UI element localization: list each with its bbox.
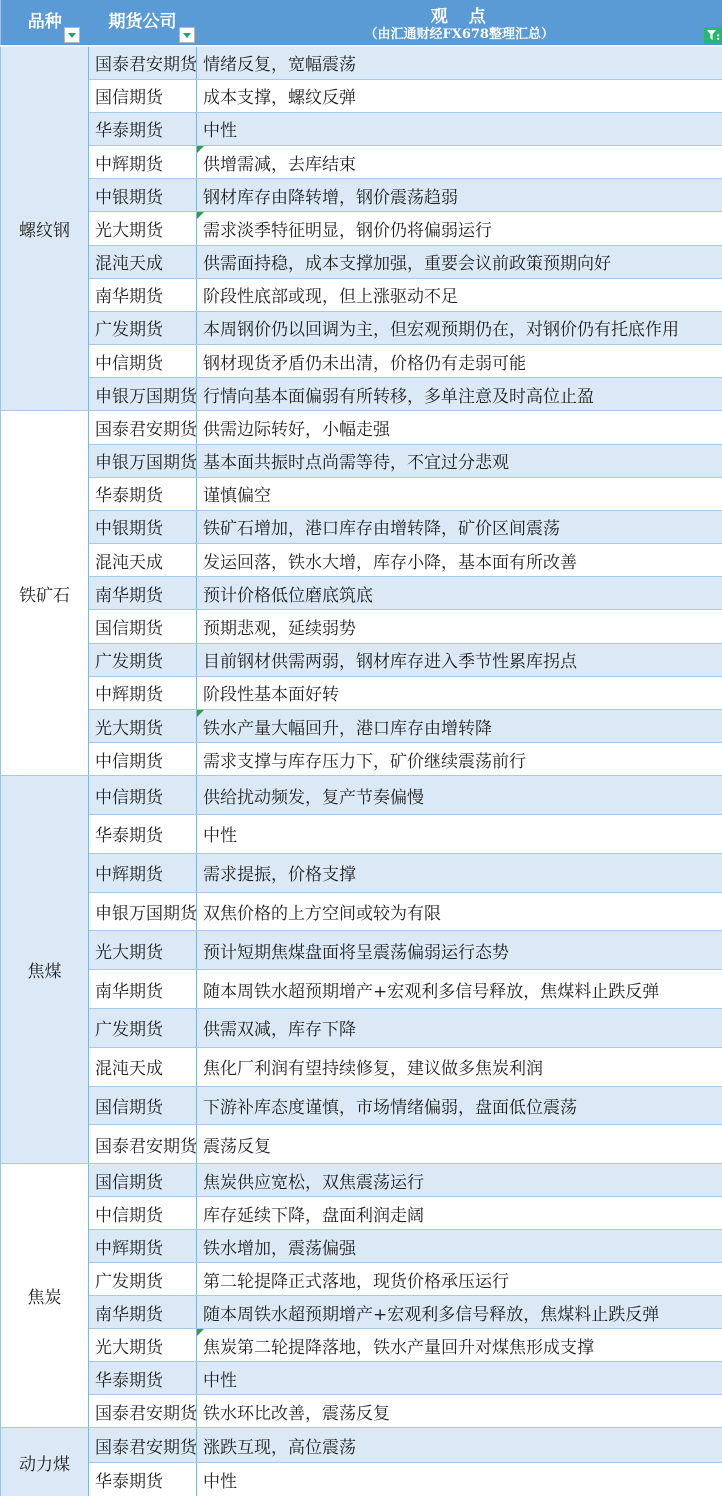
table-row: 混沌天成焦化厂利润有望持续修复，建议做多焦炭利润 [1, 1047, 722, 1086]
table-row: 中辉期货铁水增加，震荡偏强 [1, 1230, 722, 1263]
viewpoint-text: 基本面共振时点尚需等待，不宜过分悲观 [203, 453, 509, 473]
viewpoint-text: 需求淡季特征明显，钢价仍将偏弱运行 [203, 221, 492, 241]
viewpoint-cell: 中性 [197, 112, 722, 145]
company-cell: 国泰君安期货 [89, 411, 197, 444]
company-cell: 华泰期货 [89, 815, 197, 854]
viewpoint-cell: 本周钢价仍以回调为主，但宏观预期仍在，对钢价仍有托底作用 [197, 311, 722, 344]
company-cell: 中信期货 [89, 1197, 197, 1230]
company-cell: 申银万国期货 [89, 444, 197, 477]
comment-marker-icon [197, 212, 204, 219]
table-row: 申银万国期货行情向基本面偏弱有所转移，多单注意及时高位止盈 [1, 378, 722, 411]
company-cell: 中银期货 [89, 179, 197, 212]
col-header-viewpoint: 观 点 （由汇通财经FX678整理汇总） [197, 0, 722, 46]
viewpoint-text: 铁水环比改善，震荡反复 [203, 1404, 390, 1424]
viewpoint-cell: 发运回落，铁水大增，库存小降，基本面有所改善 [197, 544, 722, 577]
viewpoint-cell: 需求提振，价格支撑 [197, 853, 722, 892]
table-row: 国信期货预期悲观，延续弱势 [1, 610, 722, 643]
filter-funnel-icon [706, 29, 720, 42]
viewpoint-text: 需求支撑与库存压力下，矿价继续震荡前行 [203, 752, 526, 772]
table-row: 华泰期货谨慎偏空 [1, 477, 722, 510]
viewpoint-text: 钢材库存由降转增，钢价震荡趋弱 [203, 188, 458, 208]
viewpoint-text: 铁水增加，震荡偏强 [203, 1239, 356, 1259]
viewpoint-text: 震荡反复 [203, 1137, 271, 1157]
table-row: 光大期货需求淡季特征明显，钢价仍将偏弱运行 [1, 212, 722, 245]
company-cell: 申银万国期货 [89, 378, 197, 411]
table-row: 国泰君安期货震荡反复 [1, 1125, 722, 1164]
viewpoint-cell: 目前钢材供需两弱，钢材库存进入季节性累库拐点 [197, 643, 722, 676]
viewpoint-cell: 供需双减，库存下降 [197, 1009, 722, 1048]
table-row: 华泰期货中性 [1, 1362, 722, 1395]
viewpoint-cell: 谨慎偏空 [197, 477, 722, 510]
viewpoint-header-title: 观 点 [197, 3, 722, 27]
table-row: 动力煤国泰君安期货涨跌互现，高位震荡 [1, 1428, 722, 1463]
company-cell: 中辉期货 [89, 676, 197, 709]
viewpoint-text: 钢材现货矛盾仍未出清，价格仍有走弱可能 [203, 354, 526, 374]
company-cell: 光大期货 [89, 212, 197, 245]
viewpoint-text: 随本周铁水超预期增产+宏观利多信号释放，焦煤料止跌反弹 [203, 1305, 659, 1325]
company-cell: 南华期货 [89, 1296, 197, 1329]
company-cell: 广发期货 [89, 311, 197, 344]
header-row: 品种 期货公司 观 点 （由汇通财经FX678整理汇总） [1, 0, 722, 46]
viewpoint-text: 目前钢材供需两弱，钢材库存进入季节性累库拐点 [203, 652, 577, 672]
viewpoint-cell: 中性 [197, 1362, 722, 1395]
viewpoint-text: 预计价格低位磨底筑底 [203, 586, 373, 606]
viewpoint-text: 预计短期焦煤盘面将呈震荡偏弱运行态势 [203, 943, 509, 963]
col-header-variety: 品种 [1, 0, 89, 46]
viewpoint-text: 铁水产量大幅回升，港口库存由增转降 [203, 719, 492, 739]
viewpoint-cell: 铁水环比改善，震荡反复 [197, 1395, 722, 1428]
table-row: 华泰期货中性 [1, 815, 722, 854]
comment-marker-icon [197, 710, 204, 717]
viewpoint-text: 供需双减，库存下降 [203, 1020, 356, 1040]
table-row: 广发期货本周钢价仍以回调为主，但宏观预期仍在，对钢价仍有托底作用 [1, 311, 722, 344]
viewpoint-cell: 中性 [197, 1462, 722, 1496]
col-header-company: 期货公司 [89, 0, 197, 46]
viewpoint-cell: 钢材库存由降转增，钢价震荡趋弱 [197, 179, 722, 212]
company-cell: 南华期货 [89, 278, 197, 311]
table-row: 混沌天成供需面持稳，成本支撑加强，重要会议前政策预期向好 [1, 245, 722, 278]
table-row: 申银万国期货基本面共振时点尚需等待，不宜过分悲观 [1, 444, 722, 477]
viewpoint-cell: 库存延续下降，盘面利润走阔 [197, 1197, 722, 1230]
viewpoint-text: 中性 [203, 121, 237, 141]
viewpoint-cell: 钢材现货矛盾仍未出清，价格仍有走弱可能 [197, 345, 722, 378]
viewpoint-text: 本周钢价仍以回调为主，但宏观预期仍在，对钢价仍有托底作用 [203, 320, 679, 340]
table-row: 中辉期货需求提振，价格支撑 [1, 853, 722, 892]
table-row: 中信期货库存延续下降，盘面利润走阔 [1, 1197, 722, 1230]
company-cell: 光大期货 [89, 709, 197, 742]
viewpoint-text: 随本周铁水超预期增产+宏观利多信号释放，焦煤料止跌反弹 [203, 982, 659, 1002]
viewpoint-cell: 铁水产量大幅回升，港口库存由增转降 [197, 709, 722, 742]
viewpoint-cell: 第二轮提降正式落地，现货价格承压运行 [197, 1263, 722, 1296]
viewpoint-text: 下游补库态度谨慎，市场情绪偏弱，盘面低位震荡 [203, 1098, 577, 1118]
viewpoint-cell: 涨跌互现，高位震荡 [197, 1428, 722, 1463]
viewpoint-cell: 行情向基本面偏弱有所转移，多单注意及时高位止盈 [197, 378, 722, 411]
table-row: 国泰君安期货铁水环比改善，震荡反复 [1, 1395, 722, 1428]
table-row: 华泰期货中性 [1, 112, 722, 145]
viewpoint-header-subtitle: （由汇通财经FX678整理汇总） [197, 27, 722, 43]
viewpoint-cell: 双焦价格的上方空间或较为有限 [197, 892, 722, 931]
table-row: 中信期货钢材现货矛盾仍未出清，价格仍有走弱可能 [1, 345, 722, 378]
viewpoint-text: 中性 [203, 1472, 237, 1492]
company-cell: 国信期货 [89, 610, 197, 643]
viewpoint-text: 焦炭第二轮提降落地，铁水产量回升对煤焦形成支撑 [203, 1338, 594, 1358]
comment-marker-icon [197, 1329, 204, 1336]
viewpoint-cell: 供给扰动频发，复产节奏偏慢 [197, 776, 722, 815]
company-cell: 广发期货 [89, 643, 197, 676]
table-row: 铁矿石国泰君安期货供需边际转好，小幅走强 [1, 411, 722, 444]
table-row: 华泰期货中性 [1, 1462, 722, 1496]
company-cell: 国信期货 [89, 79, 197, 112]
company-cell: 国信期货 [89, 1164, 197, 1197]
viewpoint-cell: 预期悲观，延续弱势 [197, 610, 722, 643]
company-cell: 光大期货 [89, 1329, 197, 1362]
company-cell: 国泰君安期货 [89, 1125, 197, 1164]
viewpoint-cell: 焦化厂利润有望持续修复，建议做多焦炭利润 [197, 1047, 722, 1086]
table-row: 南华期货随本周铁水超预期增产+宏观利多信号释放，焦煤料止跌反弹 [1, 1296, 722, 1329]
variety-cell: 铁矿石 [1, 411, 89, 776]
viewpoint-cell: 情绪反复，宽幅震荡 [197, 46, 722, 79]
viewpoint-text: 需求提振，价格支撑 [203, 865, 356, 885]
viewpoint-text: 行情向基本面偏弱有所转移，多单注意及时高位止盈 [203, 387, 594, 407]
company-header-label: 期货公司 [109, 7, 177, 38]
company-cell: 中辉期货 [89, 1230, 197, 1263]
company-cell: 中辉期货 [89, 853, 197, 892]
viewpoint-text: 中性 [203, 826, 237, 846]
table-row: 广发期货第二轮提降正式落地，现货价格承压运行 [1, 1263, 722, 1296]
viewpoint-text: 焦化厂利润有望持续修复，建议做多焦炭利润 [203, 1059, 543, 1079]
table-row: 中辉期货供增需减，去库结束 [1, 146, 722, 179]
variety-cell: 焦煤 [1, 776, 89, 1164]
company-cell: 广发期货 [89, 1009, 197, 1048]
variety-cell: 焦炭 [1, 1164, 89, 1428]
company-cell: 国信期货 [89, 1086, 197, 1125]
table-row: 南华期货阶段性底部或现，但上涨驱动不足 [1, 278, 722, 311]
table-row: 国信期货成本支撑，螺纹反弹 [1, 79, 722, 112]
company-cell: 混沌天成 [89, 245, 197, 278]
table-row: 中银期货铁矿石增加，港口库存由增转降，矿价区间震荡 [1, 510, 722, 543]
viewpoint-cell: 铁水增加，震荡偏强 [197, 1230, 722, 1263]
viewpoint-text: 供需边际转好，小幅走强 [203, 420, 390, 440]
viewpoint-cell: 阶段性基本面好转 [197, 676, 722, 709]
variety-cell: 螺纹钢 [1, 46, 89, 411]
table-row: 申银万国期货双焦价格的上方空间或较为有限 [1, 892, 722, 931]
viewpoint-cell: 铁矿石增加，港口库存由增转降，矿价区间震荡 [197, 510, 722, 543]
company-cell: 华泰期货 [89, 112, 197, 145]
opinion-table: 品种 期货公司 观 点 （由汇通财经FX678整理汇总） [0, 0, 722, 1496]
viewpoint-cell: 需求淡季特征明显，钢价仍将偏弱运行 [197, 212, 722, 245]
company-cell: 广发期货 [89, 1263, 197, 1296]
viewpoint-cell: 需求支撑与库存压力下，矿价继续震荡前行 [197, 743, 722, 776]
comment-marker-icon [197, 146, 204, 153]
table-row: 南华期货随本周铁水超预期增产+宏观利多信号释放，焦煤料止跌反弹 [1, 970, 722, 1009]
table-row: 中信期货需求支撑与库存压力下，矿价继续震荡前行 [1, 743, 722, 776]
company-cell: 华泰期货 [89, 1462, 197, 1496]
company-cell: 光大期货 [89, 931, 197, 970]
company-cell: 中银期货 [89, 510, 197, 543]
variety-header-label: 品种 [28, 7, 62, 38]
company-cell: 国泰君安期货 [89, 1395, 197, 1428]
dropdown-arrow-icon [183, 33, 191, 38]
viewpoint-cell: 供增需减，去库结束 [197, 146, 722, 179]
table-row: 广发期货目前钢材供需两弱，钢材库存进入季节性累库拐点 [1, 643, 722, 676]
company-cell: 申银万国期货 [89, 892, 197, 931]
table-row: 中银期货钢材库存由降转增，钢价震荡趋弱 [1, 179, 722, 212]
company-cell: 中信期货 [89, 743, 197, 776]
futures-opinion-sheet: 品种 期货公司 观 点 （由汇通财经FX678整理汇总） [0, 0, 722, 1496]
viewpoint-text: 焦炭供应宽松，双焦震荡运行 [203, 1173, 424, 1193]
company-cell: 南华期货 [89, 577, 197, 610]
company-cell: 混沌天成 [89, 1047, 197, 1086]
company-cell: 中信期货 [89, 776, 197, 815]
viewpoint-cell: 供需边际转好，小幅走强 [197, 411, 722, 444]
company-cell: 华泰期货 [89, 1362, 197, 1395]
table-row: 广发期货供需双减，库存下降 [1, 1009, 722, 1048]
viewpoint-cell: 随本周铁水超预期增产+宏观利多信号释放，焦煤料止跌反弹 [197, 970, 722, 1009]
viewpoint-cell: 预计价格低位磨底筑底 [197, 577, 722, 610]
viewpoint-cell: 阶段性底部或现，但上涨驱动不足 [197, 278, 722, 311]
viewpoint-cell: 基本面共振时点尚需等待，不宜过分悲观 [197, 444, 722, 477]
viewpoint-cell: 成本支撑，螺纹反弹 [197, 79, 722, 112]
company-cell: 国泰君安期货 [89, 1428, 197, 1463]
company-cell: 中辉期货 [89, 146, 197, 179]
viewpoint-cell: 震荡反复 [197, 1125, 722, 1164]
table-row: 光大期货铁水产量大幅回升，港口库存由增转降 [1, 709, 722, 742]
viewpoint-text: 阶段性基本面好转 [203, 685, 339, 705]
viewpoint-text: 中性 [203, 1371, 237, 1391]
variety-cell: 动力煤 [1, 1428, 89, 1496]
table-row: 混沌天成发运回落，铁水大增，库存小降，基本面有所改善 [1, 544, 722, 577]
viewpoint-cell: 焦炭第二轮提降落地，铁水产量回升对煤焦形成支撑 [197, 1329, 722, 1362]
company-cell: 中信期货 [89, 345, 197, 378]
viewpoint-text: 双焦价格的上方空间或较为有限 [203, 904, 441, 924]
filter-funnel-button[interactable] [704, 27, 722, 44]
viewpoint-text: 铁矿石增加，港口库存由增转降，矿价区间震荡 [203, 519, 560, 539]
viewpoint-cell: 下游补库态度谨慎，市场情绪偏弱，盘面低位震荡 [197, 1086, 722, 1125]
viewpoint-text: 供增需减，去库结束 [203, 155, 356, 175]
table-row: 光大期货焦炭第二轮提降落地，铁水产量回升对煤焦形成支撑 [1, 1329, 722, 1362]
company-cell: 混沌天成 [89, 544, 197, 577]
viewpoint-text: 库存延续下降，盘面利润走阔 [203, 1206, 424, 1226]
variety-filter-dropdown-button[interactable] [64, 27, 80, 43]
viewpoint-cell: 供需面持稳，成本支撑加强，重要会议前政策预期向好 [197, 245, 722, 278]
viewpoint-text: 预期悲观，延续弱势 [203, 619, 356, 639]
viewpoint-text: 情绪反复，宽幅震荡 [203, 55, 356, 75]
company-cell: 国泰君安期货 [89, 46, 197, 79]
viewpoint-text: 阶段性底部或现，但上涨驱动不足 [203, 287, 458, 307]
viewpoint-cell: 预计短期焦煤盘面将呈震荡偏弱运行态势 [197, 931, 722, 970]
dropdown-arrow-icon [68, 33, 76, 38]
viewpoint-text: 成本支撑，螺纹反弹 [203, 88, 356, 108]
viewpoint-text: 供需面持稳，成本支撑加强，重要会议前政策预期向好 [203, 254, 611, 274]
table-row: 焦煤中信期货供给扰动频发，复产节奏偏慢 [1, 776, 722, 815]
viewpoint-cell: 中性 [197, 815, 722, 854]
company-cell: 南华期货 [89, 970, 197, 1009]
table-row: 国信期货下游补库态度谨慎，市场情绪偏弱，盘面低位震荡 [1, 1086, 722, 1125]
table-row: 中辉期货阶段性基本面好转 [1, 676, 722, 709]
viewpoint-text: 谨慎偏空 [203, 486, 271, 506]
viewpoint-cell: 焦炭供应宽松，双焦震荡运行 [197, 1164, 722, 1197]
viewpoint-text: 供给扰动频发，复产节奏偏慢 [203, 788, 424, 808]
table-row: 焦炭国信期货焦炭供应宽松，双焦震荡运行 [1, 1164, 722, 1197]
table-row: 光大期货预计短期焦煤盘面将呈震荡偏弱运行态势 [1, 931, 722, 970]
viewpoint-cell: 随本周铁水超预期增产+宏观利多信号释放，焦煤料止跌反弹 [197, 1296, 722, 1329]
viewpoint-text: 发运回落，铁水大增，库存小降，基本面有所改善 [203, 553, 577, 573]
viewpoint-text: 涨跌互现，高位震荡 [203, 1438, 356, 1458]
table-row: 南华期货预计价格低位磨底筑底 [1, 577, 722, 610]
company-cell: 华泰期货 [89, 477, 197, 510]
viewpoint-text: 第二轮提降正式落地，现货价格承压运行 [203, 1272, 509, 1292]
table-row: 螺纹钢国泰君安期货情绪反复，宽幅震荡 [1, 46, 722, 79]
company-filter-dropdown-button[interactable] [179, 27, 195, 43]
